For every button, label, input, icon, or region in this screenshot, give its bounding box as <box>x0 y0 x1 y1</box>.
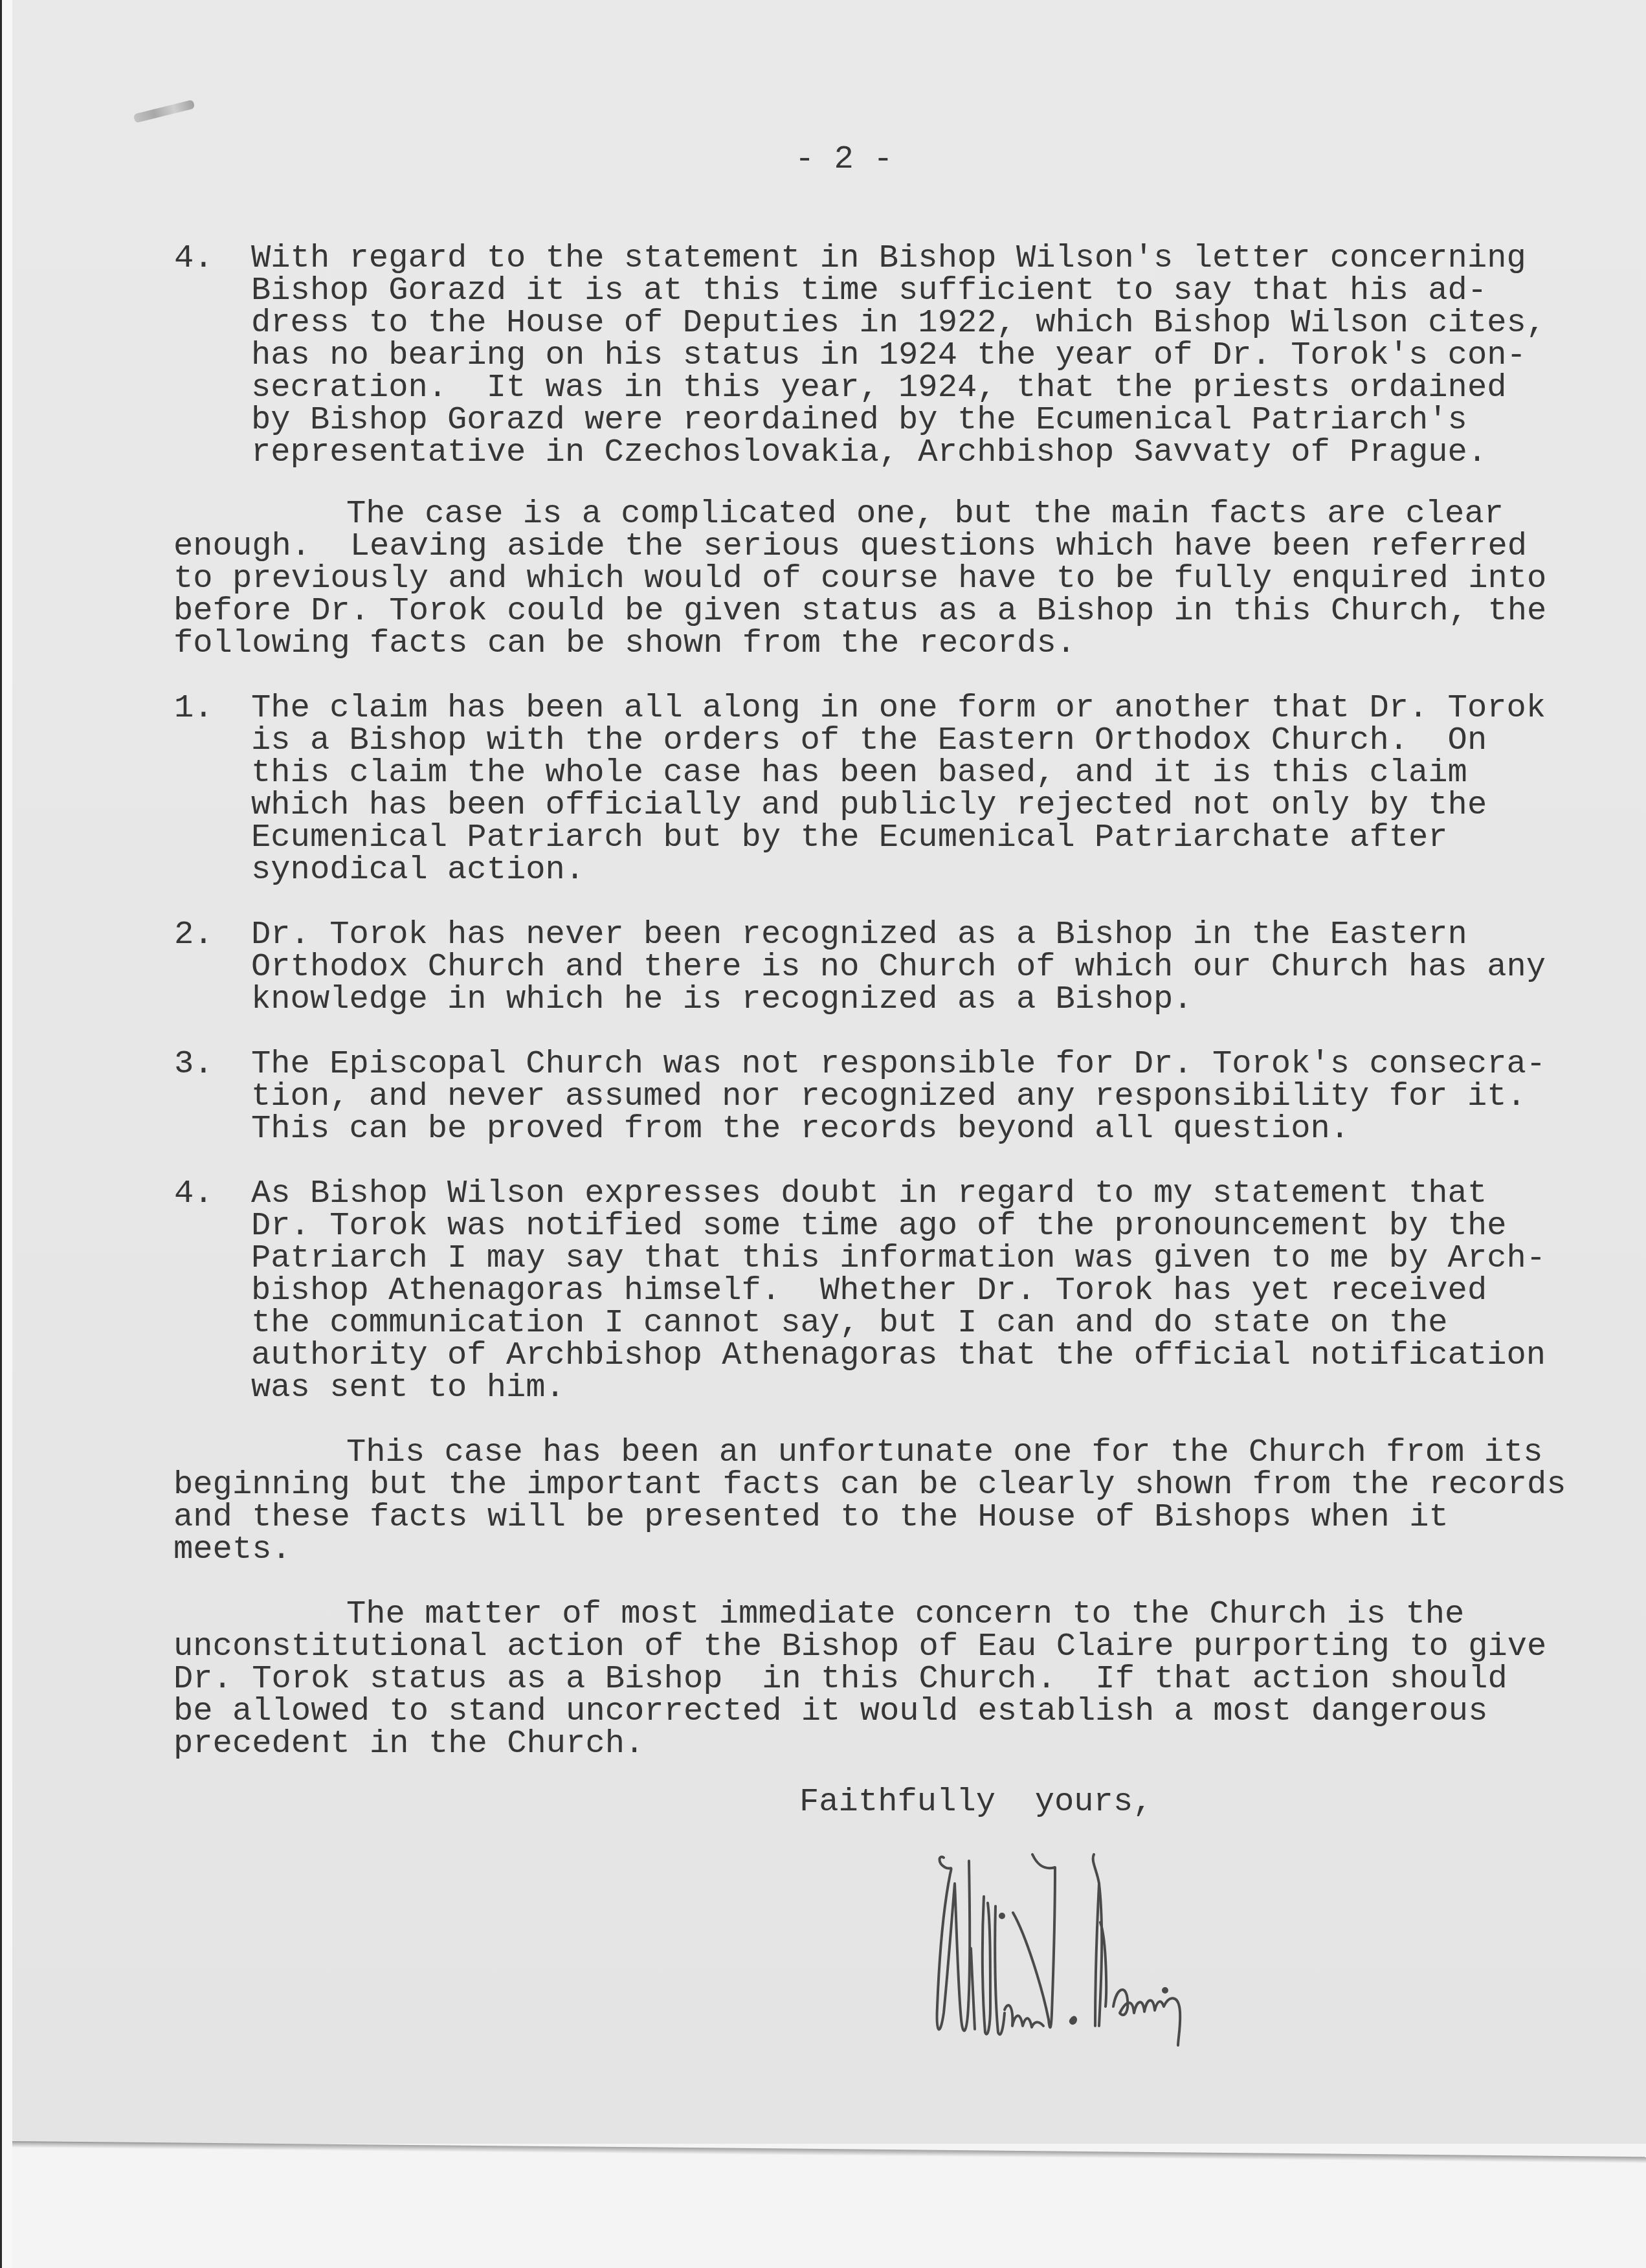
text-line: synodical action. <box>251 854 1546 887</box>
text-line: Orthodox Church and there is no Church o… <box>251 951 1546 984</box>
text-line: Ecumenical Patriarch but by the Ecumenic… <box>251 822 1546 854</box>
text-line: has no bearing on his status in 1924 the… <box>251 340 1546 372</box>
text-line: Dr. Torok has never been recognized as a… <box>251 919 1546 951</box>
text-line: this claim the whole case has been based… <box>251 757 1546 790</box>
text-line: beginning but the important facts can be… <box>173 1469 1566 1502</box>
text-line: Patriarch I may say that this informatio… <box>251 1243 1546 1275</box>
text-line: Dr. Torok was notified some time ago of … <box>251 1210 1546 1243</box>
numbered-item-2: Dr. Torok has never been recognized as a… <box>251 919 1546 1016</box>
text-line: is a Bishop with the orders of the Easte… <box>251 725 1546 757</box>
text-line: Bishop Gorazd it is at this time suffici… <box>251 275 1546 307</box>
item-number: 4. <box>174 1178 214 1210</box>
text-line: Dr. Torok status as a Bishop in this Chu… <box>173 1663 1546 1696</box>
closing-salutation: Faithfully yours, <box>799 1786 1153 1819</box>
text-line: which has been officially and publicly r… <box>251 790 1546 822</box>
text-line: and these facts will be presented to the… <box>173 1502 1566 1534</box>
text-line: precedent in the Church. <box>173 1728 1546 1761</box>
text-line: to previously and which would of course … <box>173 563 1546 595</box>
paragraph-case: The case is a complicated one, but the m… <box>173 498 1546 660</box>
page-number: - 2 - <box>795 144 893 176</box>
numbered-item-3: The Episcopal Church was not responsible… <box>251 1049 1546 1146</box>
text-line: As Bishop Wilson expresses doubt in rega… <box>251 1178 1546 1210</box>
numbered-item-1: The claim has been all along in one form… <box>251 693 1546 887</box>
text-line: authority of Archbishop Athenagoras that… <box>251 1340 1546 1372</box>
text-line: The Episcopal Church was not responsible… <box>251 1049 1546 1081</box>
text-line: meets. <box>173 1534 1566 1566</box>
text-line: the communication I cannot say, but I ca… <box>251 1307 1546 1340</box>
item-number: 1. <box>174 693 214 725</box>
text-line: unconstitutional action of the Bishop of… <box>173 1631 1546 1663</box>
signature-icon <box>893 1845 1566 2058</box>
text-line: following facts can be shown from the re… <box>173 628 1546 660</box>
numbered-item-4a: With regard to the statement in Bishop W… <box>251 243 1546 469</box>
text-line: This case has been an unfortunate one fo… <box>173 1437 1566 1469</box>
paragraph-unfortunate: This case has been an unfortunate one fo… <box>173 1437 1566 1566</box>
text-line: tion, and never assumed nor recognized a… <box>251 1081 1546 1113</box>
text-line: knowledge in which he is recognized as a… <box>251 984 1546 1016</box>
item-number: 3. <box>174 1049 214 1081</box>
text-line: The matter of most immediate concern to … <box>173 1599 1546 1631</box>
text-line: enough. Leaving aside the serious questi… <box>173 531 1546 563</box>
text-line: bishop Athenagoras himself. Whether Dr. … <box>251 1275 1546 1307</box>
text-line: dress to the House of Deputies in 1922, … <box>251 307 1546 340</box>
page-edge-shadow <box>12 2141 1646 2176</box>
text-line: secration. It was in this year, 1924, th… <box>251 372 1546 405</box>
text-line: The case is a complicated one, but the m… <box>173 498 1546 531</box>
item-number: 2. <box>174 919 214 951</box>
text-line: The claim has been all along in one form… <box>251 693 1546 725</box>
text-line: This can be proved from the records beyo… <box>251 1113 1546 1146</box>
paragraph-matter: The matter of most immediate concern to … <box>173 1599 1546 1761</box>
numbered-item-4b: As Bishop Wilson expresses doubt in rega… <box>251 1178 1546 1405</box>
text-line: before Dr. Torok could be given status a… <box>173 595 1546 628</box>
item-number: 4. <box>174 243 214 275</box>
scan-margin <box>2 0 12 2268</box>
text-line: With regard to the statement in Bishop W… <box>251 243 1546 275</box>
text-line: by Bishop Gorazd were reordained by the … <box>251 405 1546 437</box>
text-line: be allowed to stand uncorrected it would… <box>173 1696 1546 1728</box>
text-line: representative in Czechoslovakia, Archbi… <box>251 437 1546 469</box>
text-line: was sent to him. <box>251 1372 1546 1405</box>
